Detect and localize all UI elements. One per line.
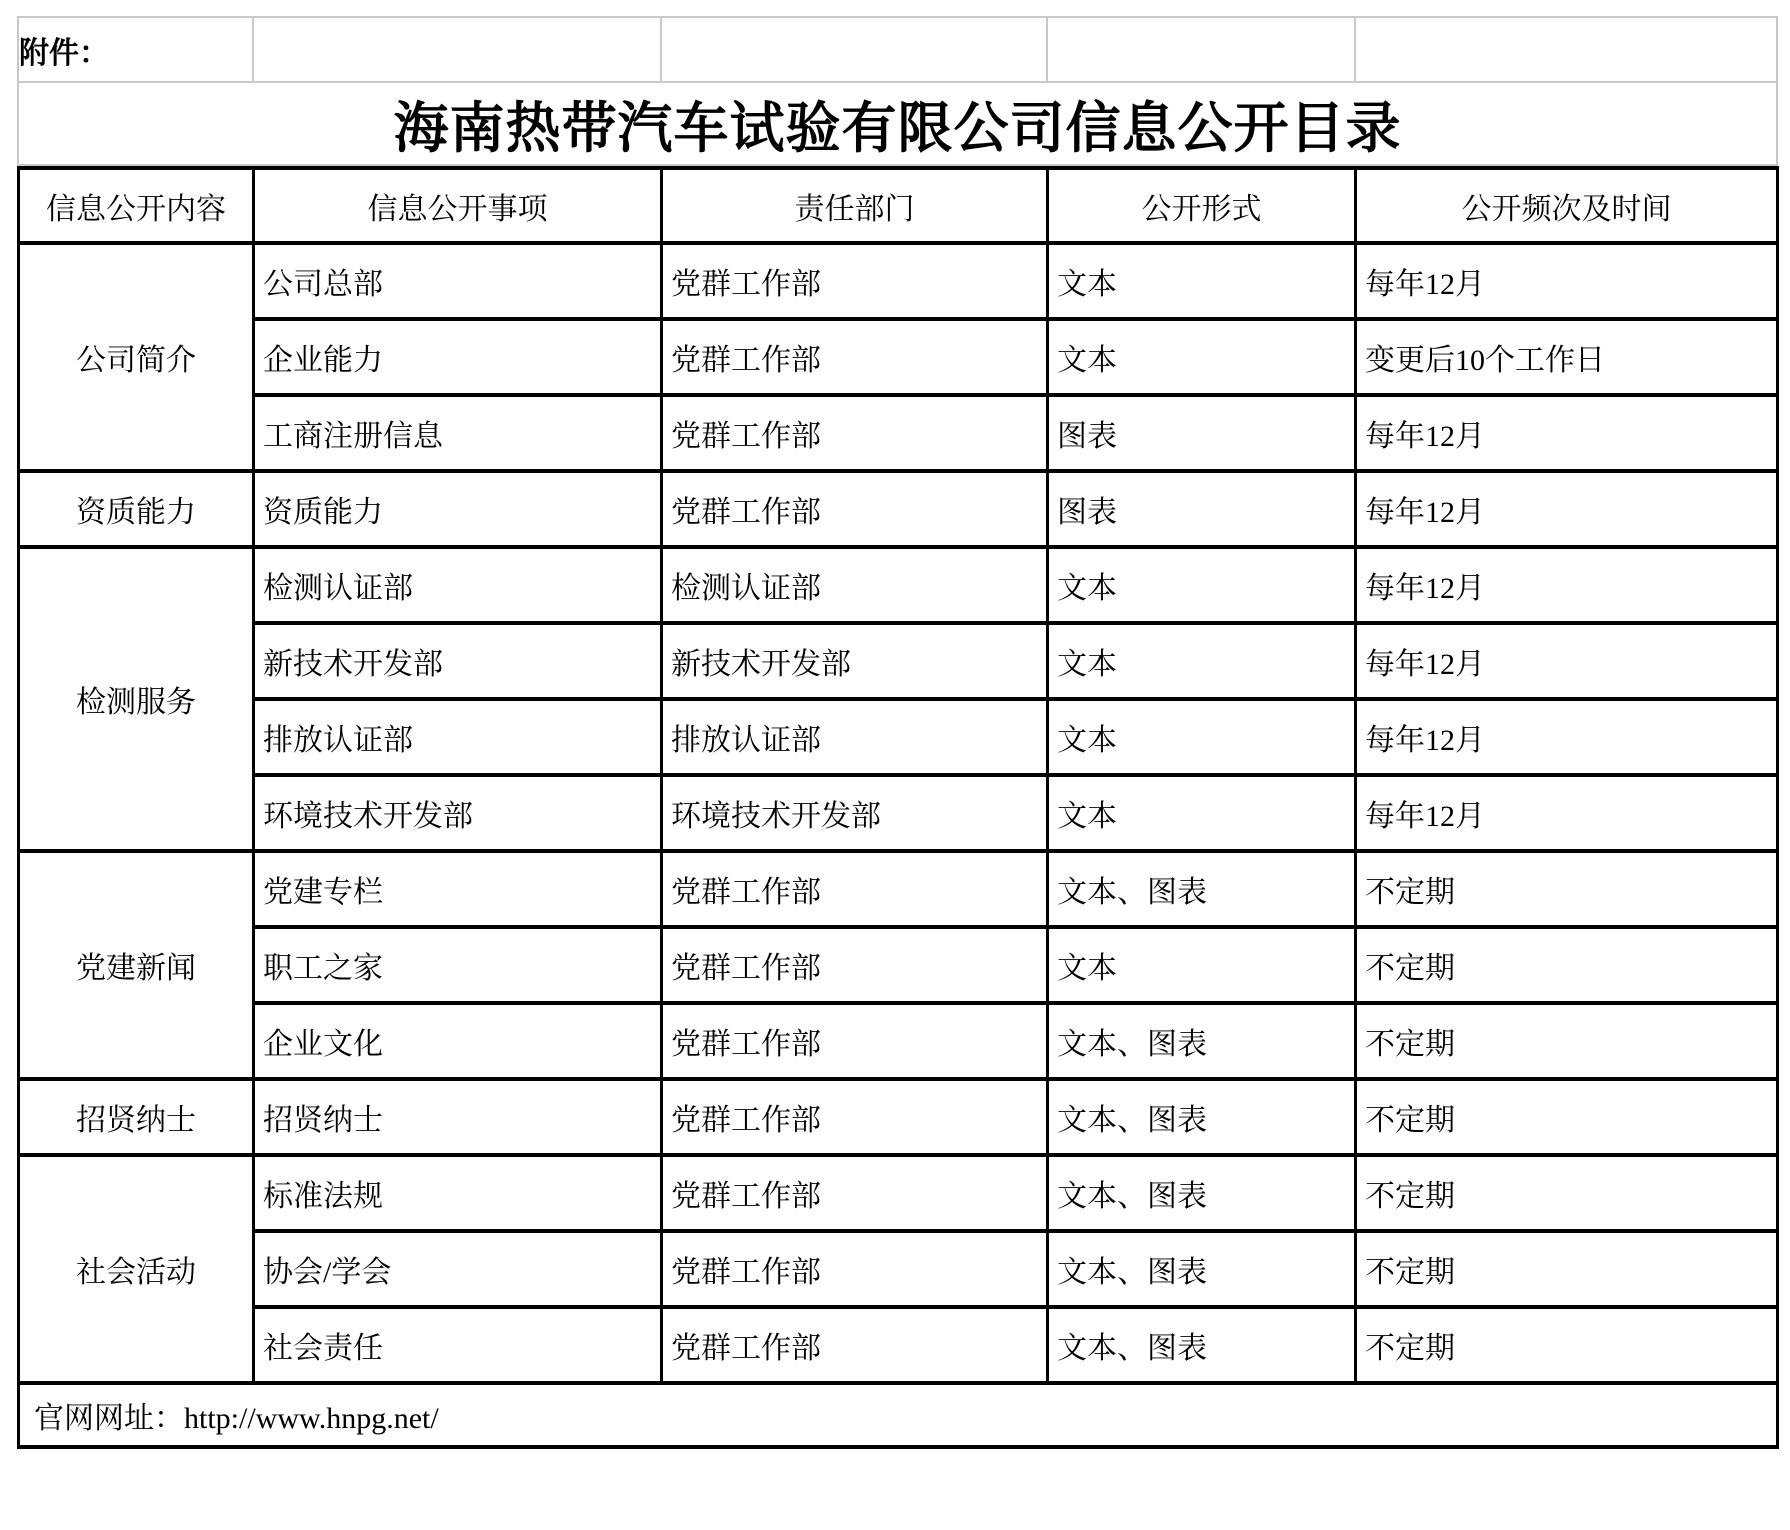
dept-cell: 党群工作部 bbox=[662, 1079, 1048, 1155]
empty-cell bbox=[1047, 17, 1355, 82]
table-row: 职工之家党群工作部文本不定期 bbox=[19, 927, 1778, 1003]
dept-cell: 新技术开发部 bbox=[662, 623, 1048, 699]
item-cell: 工商注册信息 bbox=[254, 395, 662, 471]
dept-cell: 党群工作部 bbox=[662, 243, 1048, 319]
frequency-cell: 每年12月 bbox=[1356, 547, 1778, 623]
header-cell-dept: 责任部门 bbox=[662, 168, 1048, 243]
table-row: 企业能力党群工作部文本变更后10个工作日 bbox=[19, 319, 1778, 395]
format-cell: 文本、图表 bbox=[1048, 1231, 1356, 1307]
format-cell: 文本、图表 bbox=[1048, 851, 1356, 927]
format-cell: 文本、图表 bbox=[1048, 1003, 1356, 1079]
dept-cell: 党群工作部 bbox=[662, 471, 1048, 547]
table-body: 公司简介公司总部党群工作部文本每年12月企业能力党群工作部文本变更后10个工作日… bbox=[19, 243, 1778, 1383]
item-cell: 企业能力 bbox=[254, 319, 662, 395]
empty-cell bbox=[1355, 17, 1777, 82]
frequency-cell: 每年12月 bbox=[1356, 623, 1778, 699]
table-row: 公司简介公司总部党群工作部文本每年12月 bbox=[19, 243, 1778, 319]
table-row: 企业文化党群工作部文本、图表不定期 bbox=[19, 1003, 1778, 1079]
dept-cell: 党群工作部 bbox=[662, 1231, 1048, 1307]
format-cell: 文本 bbox=[1048, 547, 1356, 623]
format-cell: 文本 bbox=[1048, 699, 1356, 775]
item-cell: 党建专栏 bbox=[254, 851, 662, 927]
frequency-cell: 不定期 bbox=[1356, 1307, 1778, 1383]
frequency-cell: 不定期 bbox=[1356, 851, 1778, 927]
empty-cell bbox=[253, 17, 661, 82]
page-title: 海南热带汽车试验有限公司信息公开目录 bbox=[18, 82, 1777, 165]
website-url-cell: 官网网址：http://www.hnpg.net/ bbox=[19, 1383, 1778, 1447]
dept-cell: 检测认证部 bbox=[662, 547, 1048, 623]
header-row: 信息公开内容 信息公开事项 责任部门 公开形式 公开频次及时间 bbox=[19, 168, 1778, 243]
table-row: 环境技术开发部环境技术开发部文本每年12月 bbox=[19, 775, 1778, 851]
dept-cell: 党群工作部 bbox=[662, 319, 1048, 395]
format-cell: 文本 bbox=[1048, 319, 1356, 395]
item-cell: 资质能力 bbox=[254, 471, 662, 547]
dept-cell: 党群工作部 bbox=[662, 851, 1048, 927]
format-cell: 文本、图表 bbox=[1048, 1155, 1356, 1231]
frequency-cell: 每年12月 bbox=[1356, 471, 1778, 547]
category-cell: 招贤纳士 bbox=[19, 1079, 254, 1155]
header-cell-format: 公开形式 bbox=[1048, 168, 1356, 243]
item-cell: 新技术开发部 bbox=[254, 623, 662, 699]
category-cell: 公司简介 bbox=[19, 243, 254, 471]
spreadsheet-page: 附件： 海南热带汽车试验有限公司信息公开目录 信息公开内容 信息公开事项 责任部… bbox=[0, 0, 1790, 1530]
dept-cell: 党群工作部 bbox=[662, 1307, 1048, 1383]
frequency-cell: 每年12月 bbox=[1356, 699, 1778, 775]
table-row: 招贤纳士招贤纳士党群工作部文本、图表不定期 bbox=[19, 1079, 1778, 1155]
frequency-cell: 变更后10个工作日 bbox=[1356, 319, 1778, 395]
item-cell: 社会责任 bbox=[254, 1307, 662, 1383]
table-row: 党建新闻党建专栏党群工作部文本、图表不定期 bbox=[19, 851, 1778, 927]
frequency-cell: 不定期 bbox=[1356, 1155, 1778, 1231]
format-cell: 图表 bbox=[1048, 395, 1356, 471]
table-row: 工商注册信息党群工作部图表每年12月 bbox=[19, 395, 1778, 471]
frequency-cell: 每年12月 bbox=[1356, 243, 1778, 319]
format-cell: 文本 bbox=[1048, 623, 1356, 699]
title-row: 海南热带汽车试验有限公司信息公开目录 bbox=[18, 82, 1777, 165]
category-cell: 资质能力 bbox=[19, 471, 254, 547]
dept-cell: 党群工作部 bbox=[662, 927, 1048, 1003]
category-cell: 党建新闻 bbox=[19, 851, 254, 1079]
attachment-row: 附件： bbox=[18, 17, 1777, 82]
item-cell: 公司总部 bbox=[254, 243, 662, 319]
dept-cell: 党群工作部 bbox=[662, 1155, 1048, 1231]
footer-row: 官网网址：http://www.hnpg.net/ bbox=[19, 1383, 1778, 1447]
table-row: 检测服务检测认证部检测认证部文本每年12月 bbox=[19, 547, 1778, 623]
item-cell: 环境技术开发部 bbox=[254, 775, 662, 851]
format-cell: 文本、图表 bbox=[1048, 1307, 1356, 1383]
dept-cell: 党群工作部 bbox=[662, 395, 1048, 471]
empty-cell bbox=[661, 17, 1047, 82]
format-cell: 文本、图表 bbox=[1048, 1079, 1356, 1155]
frequency-cell: 不定期 bbox=[1356, 1231, 1778, 1307]
frequency-cell: 不定期 bbox=[1356, 1079, 1778, 1155]
table-row: 社会活动标准法规党群工作部文本、图表不定期 bbox=[19, 1155, 1778, 1231]
disclosure-table: 信息公开内容 信息公开事项 责任部门 公开形式 公开频次及时间 公司简介公司总部… bbox=[17, 166, 1779, 1449]
attachment-label: 附件： bbox=[18, 17, 253, 82]
frequency-cell: 每年12月 bbox=[1356, 395, 1778, 471]
format-cell: 图表 bbox=[1048, 471, 1356, 547]
format-cell: 文本 bbox=[1048, 775, 1356, 851]
frequency-cell: 不定期 bbox=[1356, 1003, 1778, 1079]
frequency-cell: 不定期 bbox=[1356, 927, 1778, 1003]
item-cell: 企业文化 bbox=[254, 1003, 662, 1079]
header-cell-content: 信息公开内容 bbox=[19, 168, 254, 243]
header-cell-frequency: 公开频次及时间 bbox=[1356, 168, 1778, 243]
item-cell: 招贤纳士 bbox=[254, 1079, 662, 1155]
item-cell: 协会/学会 bbox=[254, 1231, 662, 1307]
dept-cell: 党群工作部 bbox=[662, 1003, 1048, 1079]
format-cell: 文本 bbox=[1048, 927, 1356, 1003]
category-cell: 社会活动 bbox=[19, 1155, 254, 1383]
attachment-title-table: 附件： 海南热带汽车试验有限公司信息公开目录 bbox=[17, 16, 1778, 166]
table-row: 资质能力资质能力党群工作部图表每年12月 bbox=[19, 471, 1778, 547]
item-cell: 检测认证部 bbox=[254, 547, 662, 623]
item-cell: 排放认证部 bbox=[254, 699, 662, 775]
format-cell: 文本 bbox=[1048, 243, 1356, 319]
table-row: 新技术开发部新技术开发部文本每年12月 bbox=[19, 623, 1778, 699]
table-row: 社会责任党群工作部文本、图表不定期 bbox=[19, 1307, 1778, 1383]
table-row: 排放认证部排放认证部文本每年12月 bbox=[19, 699, 1778, 775]
table-row: 协会/学会党群工作部文本、图表不定期 bbox=[19, 1231, 1778, 1307]
header-cell-item: 信息公开事项 bbox=[254, 168, 662, 243]
dept-cell: 环境技术开发部 bbox=[662, 775, 1048, 851]
dept-cell: 排放认证部 bbox=[662, 699, 1048, 775]
frequency-cell: 每年12月 bbox=[1356, 775, 1778, 851]
category-cell: 检测服务 bbox=[19, 547, 254, 851]
item-cell: 标准法规 bbox=[254, 1155, 662, 1231]
item-cell: 职工之家 bbox=[254, 927, 662, 1003]
